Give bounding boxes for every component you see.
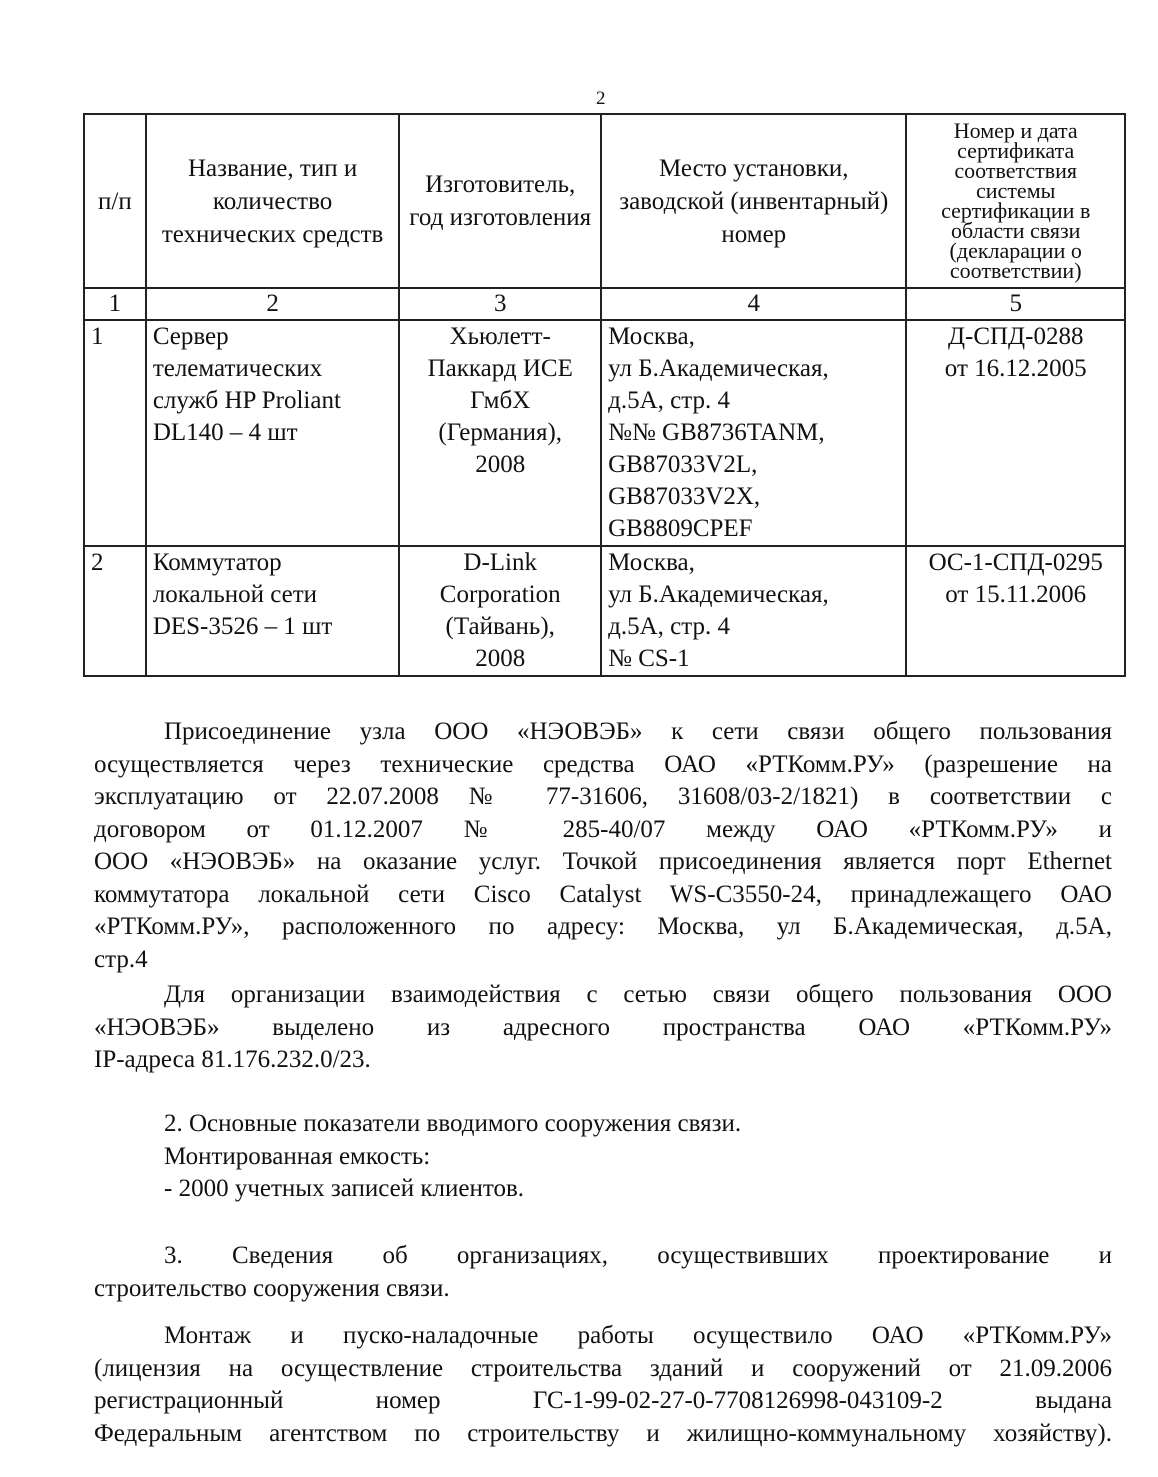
cell-location-line: д.5А, стр. 4 bbox=[608, 385, 899, 417]
text-line: 3. Сведения об организациях, осуществивш… bbox=[94, 1240, 1112, 1273]
table-row: 1Сервертелематическихслужб HP ProliantDL… bbox=[84, 320, 1125, 546]
colnum: 5 bbox=[906, 288, 1125, 320]
cell-certificate: Д-СПД-0288от 16.12.2005 bbox=[906, 320, 1125, 546]
text-line: строительство сооружения связи. bbox=[94, 1273, 1112, 1306]
cell-num-line: 2 bbox=[91, 547, 139, 579]
text-line: осуществляется через технические средств… bbox=[94, 749, 1112, 782]
cell-manufacturer-line: (Тайвань), bbox=[406, 611, 594, 643]
paragraph-connection: Присоединение узла ООО «НЭОВЭБ» к сети с… bbox=[94, 716, 1112, 976]
cell-location-line: ул Б.Академическая, bbox=[608, 353, 899, 385]
section2-capacity-label: Монтированная емкость: bbox=[94, 1141, 1112, 1174]
text-line: регистрационный номер ГС-1-99-02-27-0-77… bbox=[94, 1385, 1112, 1418]
cell-manufacturer-line: D-Link bbox=[406, 547, 594, 579]
section-2: 2. Основные показатели вводимого сооруже… bbox=[94, 1108, 1112, 1206]
text-line: Для организации взаимодействия с сетью с… bbox=[94, 979, 1112, 1012]
text-line: коммутатора локальной сети Cisco Catalys… bbox=[94, 879, 1112, 912]
text-line: «НЭОВЭБ» выделено из адресного пространс… bbox=[94, 1012, 1112, 1045]
cell-location: Москва,ул Б.Академическая,д.5А, стр. 4№№… bbox=[601, 320, 906, 546]
colnum: 2 bbox=[146, 288, 400, 320]
cell-location-line: GB8809CPEF bbox=[608, 513, 899, 545]
cell-manufacturer-line: Паккард ИСЕ bbox=[406, 353, 594, 385]
text-line: Присоединение узла ООО «НЭОВЭБ» к сети с… bbox=[94, 716, 1112, 749]
text-line: Федеральным агентством по строительству … bbox=[94, 1418, 1112, 1451]
section-3-title: 3. Сведения об организациях, осуществивш… bbox=[94, 1240, 1112, 1305]
cell-name-line: Коммутатор bbox=[153, 547, 393, 579]
cell-manufacturer-line: ГмбХ bbox=[406, 385, 594, 417]
cell-manufacturer-line: 2008 bbox=[406, 449, 594, 481]
cell-manufacturer-line: 2008 bbox=[406, 643, 594, 675]
cell-location-line: д.5А, стр. 4 bbox=[608, 611, 899, 643]
cell-num: 2 bbox=[84, 546, 146, 676]
colnum: 3 bbox=[399, 288, 601, 320]
table-header-row: п/п Название, тип и количество техническ… bbox=[84, 114, 1125, 288]
text-line: (лицензия на осуществление строительства… bbox=[94, 1353, 1112, 1386]
table-row: 2Коммутаторлокальной сетиDES-3526 – 1 шт… bbox=[84, 546, 1125, 676]
cell-name-line: DES-3526 – 1 шт bbox=[153, 611, 393, 643]
cell-location-line: GB87033V2L, bbox=[608, 449, 899, 481]
colnum: 4 bbox=[601, 288, 906, 320]
section2-title: 2. Основные показатели вводимого сооруже… bbox=[94, 1108, 1112, 1141]
cell-certificate-line: ОС-1-СПД-0295 bbox=[913, 547, 1118, 579]
cell-certificate-line: от 15.11.2006 bbox=[913, 579, 1118, 611]
text-line: стр.4 bbox=[94, 944, 1112, 977]
cell-certificate-line: от 16.12.2005 bbox=[913, 353, 1118, 385]
cell-certificate-line: Д-СПД-0288 bbox=[913, 321, 1118, 353]
cell-manufacturer: Хьюлетт-Паккард ИСЕГмбХ(Германия),2008 bbox=[399, 320, 601, 546]
cell-name: Сервертелематическихслужб HP ProliantDL1… bbox=[146, 320, 400, 546]
cell-name-line: локальной сети bbox=[153, 579, 393, 611]
cell-location-line: Москва, bbox=[608, 547, 899, 579]
text-line: «РТКомм.РУ», расположенного по адресу: М… bbox=[94, 911, 1112, 944]
cell-manufacturer-line: Хьюлетт- bbox=[406, 321, 594, 353]
cell-name: Коммутаторлокальной сетиDES-3526 – 1 шт bbox=[146, 546, 400, 676]
cell-manufacturer-line: Corporation bbox=[406, 579, 594, 611]
text-line: договором от 01.12.2007 № 285-40/07 межд… bbox=[94, 814, 1112, 847]
cell-location-line: №№ GB8736TANM, bbox=[608, 417, 899, 449]
text-line: IP-адреса 81.176.232.0/23. bbox=[94, 1044, 1112, 1077]
paragraph-installation: Монтаж и пуско-наладочные работы осущест… bbox=[94, 1320, 1112, 1450]
page-number: 2 bbox=[596, 88, 606, 110]
header-manufacturer: Изготовитель, год изготовления bbox=[399, 114, 601, 288]
cell-location-line: Москва, bbox=[608, 321, 899, 353]
cell-name-line: телематических bbox=[153, 353, 393, 385]
cell-location: Москва,ул Б.Академическая,д.5А, стр. 4№ … bbox=[601, 546, 906, 676]
cell-location-line: GB87033V2X, bbox=[608, 481, 899, 513]
cell-manufacturer: D-LinkCorporation(Тайвань),2008 bbox=[399, 546, 601, 676]
header-name: Название, тип и количество технических с… bbox=[146, 114, 400, 288]
cell-manufacturer-line: (Германия), bbox=[406, 417, 594, 449]
cell-certificate: ОС-1-СПД-0295от 15.11.2006 bbox=[906, 546, 1125, 676]
section2-capacity-value: - 2000 учетных записей клиентов. bbox=[94, 1173, 1112, 1206]
cell-name-line: Сервер bbox=[153, 321, 393, 353]
cell-num-line: 1 bbox=[91, 321, 139, 353]
text-line: Монтаж и пуско-наладочные работы осущест… bbox=[94, 1320, 1112, 1353]
cell-name-line: DL140 – 4 шт bbox=[153, 417, 393, 449]
text-line: эксплуатацию от 22.07.2008 № 77-31606, 3… bbox=[94, 781, 1112, 814]
cell-location-line: № CS-1 bbox=[608, 643, 899, 675]
paragraph-ip-allocation: Для организации взаимодействия с сетью с… bbox=[94, 979, 1112, 1077]
cell-location-line: ул Б.Академическая, bbox=[608, 579, 899, 611]
header-certificate: Номер и дата сертификата соответствия си… bbox=[906, 114, 1125, 288]
equipment-table: п/п Название, тип и количество техническ… bbox=[83, 113, 1126, 677]
header-location: Место установки, заводской (инвентарный)… bbox=[601, 114, 906, 288]
cell-num: 1 bbox=[84, 320, 146, 546]
cell-name-line: служб HP Proliant bbox=[153, 385, 393, 417]
header-num: п/п bbox=[84, 114, 146, 288]
colnum: 1 bbox=[84, 288, 146, 320]
text-line: ООО «НЭОВЭБ» на оказание услуг. Точкой п… bbox=[94, 846, 1112, 879]
column-number-row: 1 2 3 4 5 bbox=[84, 288, 1125, 320]
